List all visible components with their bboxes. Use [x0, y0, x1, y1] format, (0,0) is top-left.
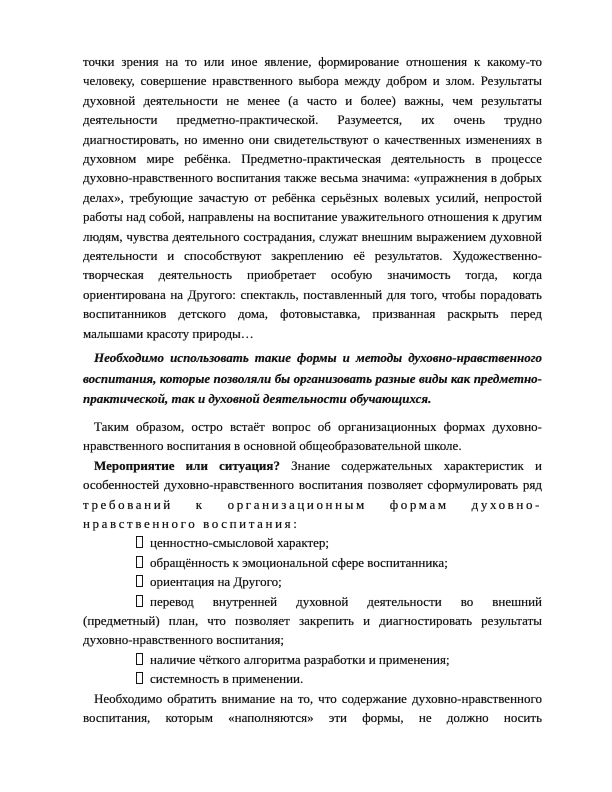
- paragraph-continuation: точки зрения на то или иное явление, фор…: [83, 52, 542, 343]
- list-item: ориентация на Другого;: [83, 572, 542, 591]
- paragraph-final: Необходимо обратить внимание на то, что …: [83, 689, 542, 728]
- paragraph-thesis-bold-italic: Необходимо использовать такие формы и ме…: [83, 348, 542, 410]
- list-item-text: системность в применении.: [150, 671, 303, 686]
- list-item: наличие чёткого алгоритма разработки и п…: [83, 650, 542, 669]
- list-item-text: ориентация на Другого;: [150, 574, 282, 589]
- paragraph-requirements-letter-spaced: требований к организационным формам духо…: [83, 497, 542, 531]
- list-marker-box-icon: [136, 536, 143, 548]
- list-marker-box-icon: [136, 595, 143, 607]
- list-marker-box-icon: [136, 672, 143, 684]
- list-item: ценностно-смысловой характер;: [83, 533, 542, 552]
- list-item-text: наличие чёткого алгоритма разработки и п…: [150, 652, 450, 667]
- list-marker-box-icon: [136, 556, 143, 568]
- list-item: перевод внутренней духовной деятельности…: [83, 592, 542, 650]
- list-item-text: ценностно-смысловой характер;: [150, 535, 329, 550]
- paragraph-requirements: Мероприятие или ситуация? Знание содержа…: [83, 456, 542, 534]
- list-marker-box-icon: [136, 575, 143, 587]
- paragraph-conclusion: Таким образом, остро встаёт вопрос об ор…: [83, 417, 542, 456]
- list-marker-box-icon: [136, 653, 143, 665]
- document-page: точки зрения на то или иное явление, фор…: [0, 0, 612, 792]
- list-item: обращённость к эмоциональной сфере воспи…: [83, 553, 542, 572]
- requirements-list: ценностно-смысловой характер; обращённос…: [83, 533, 542, 688]
- paragraph-lead-question: Мероприятие или ситуация?: [94, 458, 280, 473]
- list-item-text: перевод внутренней духовной деятельности…: [83, 594, 542, 648]
- list-item-text: обращённость к эмоциональной сфере воспи…: [150, 555, 448, 570]
- list-item: системность в применении.: [83, 669, 542, 688]
